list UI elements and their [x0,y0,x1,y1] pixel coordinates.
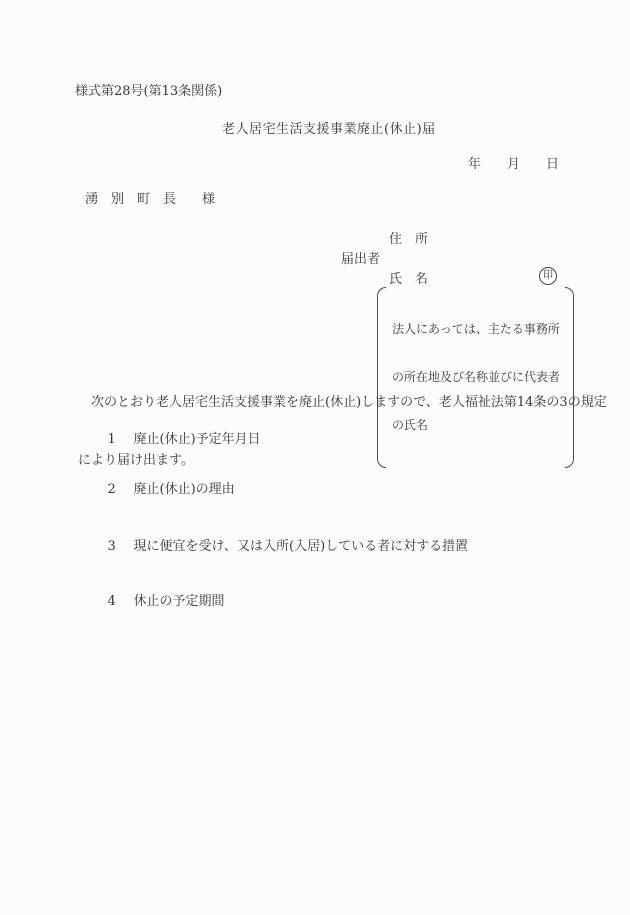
list-item-1: 1廃止(休止)予定年月日 [91,417,261,462]
item-number: 4 [108,594,121,609]
body-line: 次のとおり老人居宅生活支援事業を廃止(休止)しますので、老人福祉法第14条の3の… [78,393,607,413]
item-number: 1 [108,432,121,447]
name-label: 氏 名 [389,272,428,287]
addressee-line: 湧 別 町 長 様 [85,192,215,207]
list-item-3: 3現に便宜を受け、又は入所(入居)している者に対する措置 [91,524,468,569]
address-label: 住 所 [389,232,428,247]
list-item-4: 4休止の予定期間 [91,579,225,624]
item-text: 現に便宜を受け、又は入所(入居)している者に対する措置 [134,539,469,554]
declarant-label: 届出者 [341,252,380,267]
form-number: 様式第28号(第13条関係) [75,84,222,99]
item-number: 3 [108,539,121,554]
date-line: 年 月 日 [468,157,559,172]
list-item-2: 2廃止(休止)の理由 [91,467,235,512]
corporate-note-line: 法人にあっては、主たる事務所 [392,321,560,337]
form-page: 様式第28号(第13条関係) 老人居宅生活支援事業廃止(休止)届 年 月 日 湧… [0,0,630,915]
item-text: 廃止(休止)の理由 [134,482,235,497]
item-text: 休止の予定期間 [134,594,225,609]
page-title: 老人居宅生活支援事業廃止(休止)届 [222,122,436,137]
item-text: 廃止(休止)予定年月日 [134,432,261,447]
seal-mark-icon: 印 [539,267,557,285]
item-number: 2 [108,482,121,497]
